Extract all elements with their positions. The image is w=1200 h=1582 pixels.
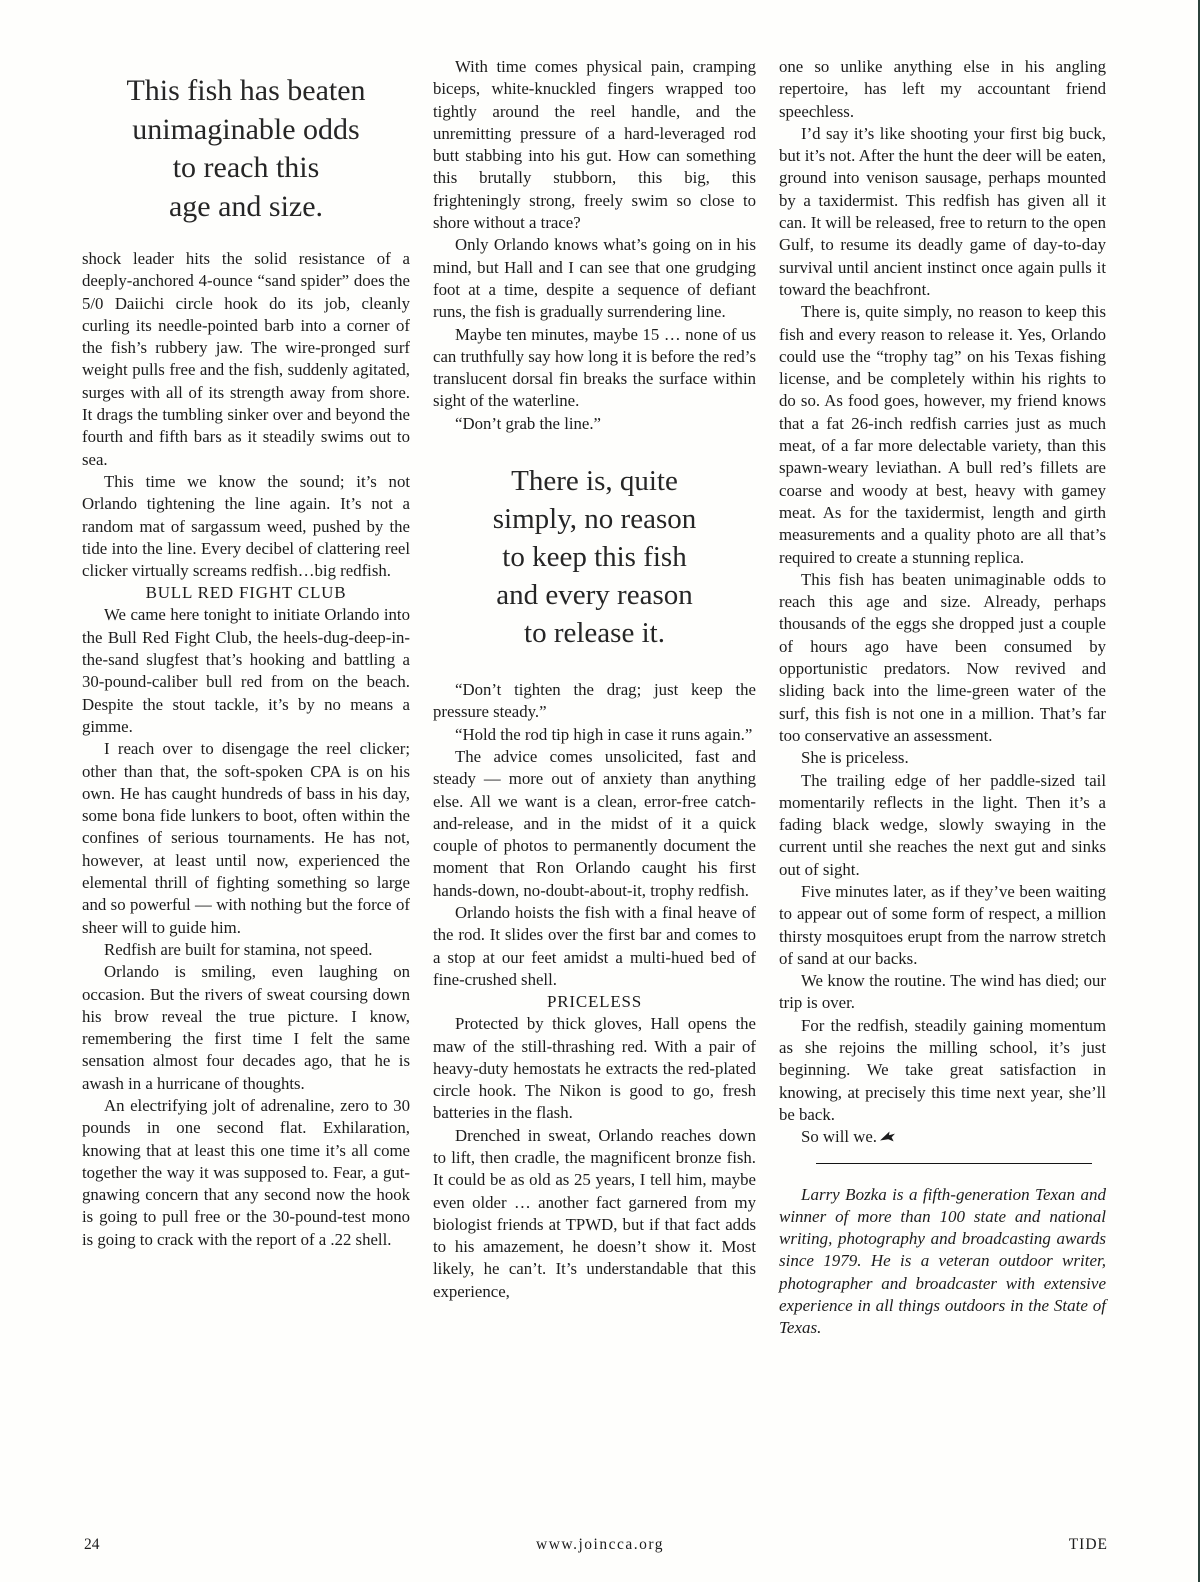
body-paragraph: This time we know the sound; it’s not Or… — [82, 471, 410, 582]
body-paragraph: one so unlike anything else in his angli… — [779, 56, 1106, 123]
author-bio: Larry Bozka is a fifth-generation Texan … — [779, 1184, 1106, 1340]
magazine-title: TIDE — [1069, 1536, 1108, 1554]
body-paragraph: Orlando is smiling, even laughing on occ… — [82, 961, 410, 1095]
pull-quote-line: unimaginable odds — [82, 111, 410, 150]
fish-end-mark-icon — [880, 1131, 895, 1142]
body-paragraph: “Hold the rod tip high in case it runs a… — [433, 724, 756, 746]
body-paragraph: We came here tonight to initiate Orlando… — [82, 604, 410, 738]
pull-quote-line: This fish has beaten — [82, 72, 410, 111]
body-paragraph: Five minutes later, as if they’ve been w… — [779, 881, 1106, 970]
article-body: This fish has beaten unimaginable odds t… — [82, 56, 1106, 1340]
body-paragraph: Only Orlando knows what’s going on in hi… — [433, 234, 756, 323]
closing-paragraph: So will we. — [779, 1126, 1106, 1148]
column-left: This fish has beaten unimaginable odds t… — [82, 56, 410, 1340]
body-paragraph: With time comes physical pain, cramping … — [433, 56, 756, 234]
pull-quote-top: This fish has beaten unimaginable odds t… — [82, 72, 410, 226]
body-paragraph: shock leader hits the solid resistance o… — [82, 248, 410, 471]
pull-quote-line: simply, no reason — [433, 500, 756, 538]
pull-quote-line: age and size. — [82, 188, 410, 227]
closing-text: So will we. — [801, 1127, 877, 1146]
column-middle: With time comes physical pain, cramping … — [433, 56, 756, 1340]
column-right: one so unlike anything else in his angli… — [779, 56, 1106, 1340]
footer-website: www.joincca.org — [0, 1536, 1200, 1554]
section-header: PRICELESS — [433, 991, 756, 1013]
body-paragraph: The trailing edge of her paddle-sized ta… — [779, 770, 1106, 881]
body-paragraph: The advice comes unsolicited, fast and s… — [433, 746, 756, 902]
pull-quote-line: to release it. — [433, 614, 756, 652]
body-paragraph: This fish has beaten unimaginable odds t… — [779, 569, 1106, 747]
body-paragraph: There is, quite simply, no reason to kee… — [779, 301, 1106, 569]
body-paragraph: For the redfish, steadily gaining moment… — [779, 1015, 1106, 1126]
section-header: BULL RED FIGHT CLUB — [82, 582, 410, 604]
author-bio-text: Larry Bozka is a fifth-generation Texan … — [779, 1184, 1106, 1340]
pull-quote-line: and every reason — [433, 576, 756, 614]
body-paragraph: Maybe ten minutes, maybe 15 … none of us… — [433, 324, 756, 413]
body-paragraph: An electrifying jolt of adrenaline, zero… — [82, 1095, 410, 1251]
body-paragraph: “Don’t tighten the drag; just keep the p… — [433, 679, 756, 724]
body-paragraph: We know the routine. The wind has died; … — [779, 970, 1106, 1015]
body-paragraph: “Don’t grab the line.” — [433, 413, 756, 435]
pull-quote-line: to reach this — [82, 149, 410, 188]
body-paragraph: I reach over to disengage the reel click… — [82, 738, 410, 939]
body-paragraph: I’d say it’s like shooting your first bi… — [779, 123, 1106, 301]
body-paragraph: She is priceless. — [779, 747, 1106, 769]
magazine-page: This fish has beaten unimaginable odds t… — [0, 0, 1200, 1582]
pull-quote-line: to keep this fish — [433, 538, 756, 576]
body-paragraph: Protected by thick gloves, Hall opens th… — [433, 1013, 756, 1124]
pull-quote-line: There is, quite — [433, 462, 756, 500]
pull-quote-middle: There is, quite simply, no reason to kee… — [433, 462, 756, 652]
page-footer: 24 www.joincca.org TIDE — [0, 1536, 1200, 1560]
body-paragraph: Drenched in sweat, Orlando reaches down … — [433, 1125, 756, 1303]
body-paragraph: Orlando hoists the fish with a final hea… — [433, 902, 756, 991]
body-paragraph: Redfish are built for stamina, not speed… — [82, 939, 410, 961]
bio-divider — [816, 1163, 1092, 1164]
